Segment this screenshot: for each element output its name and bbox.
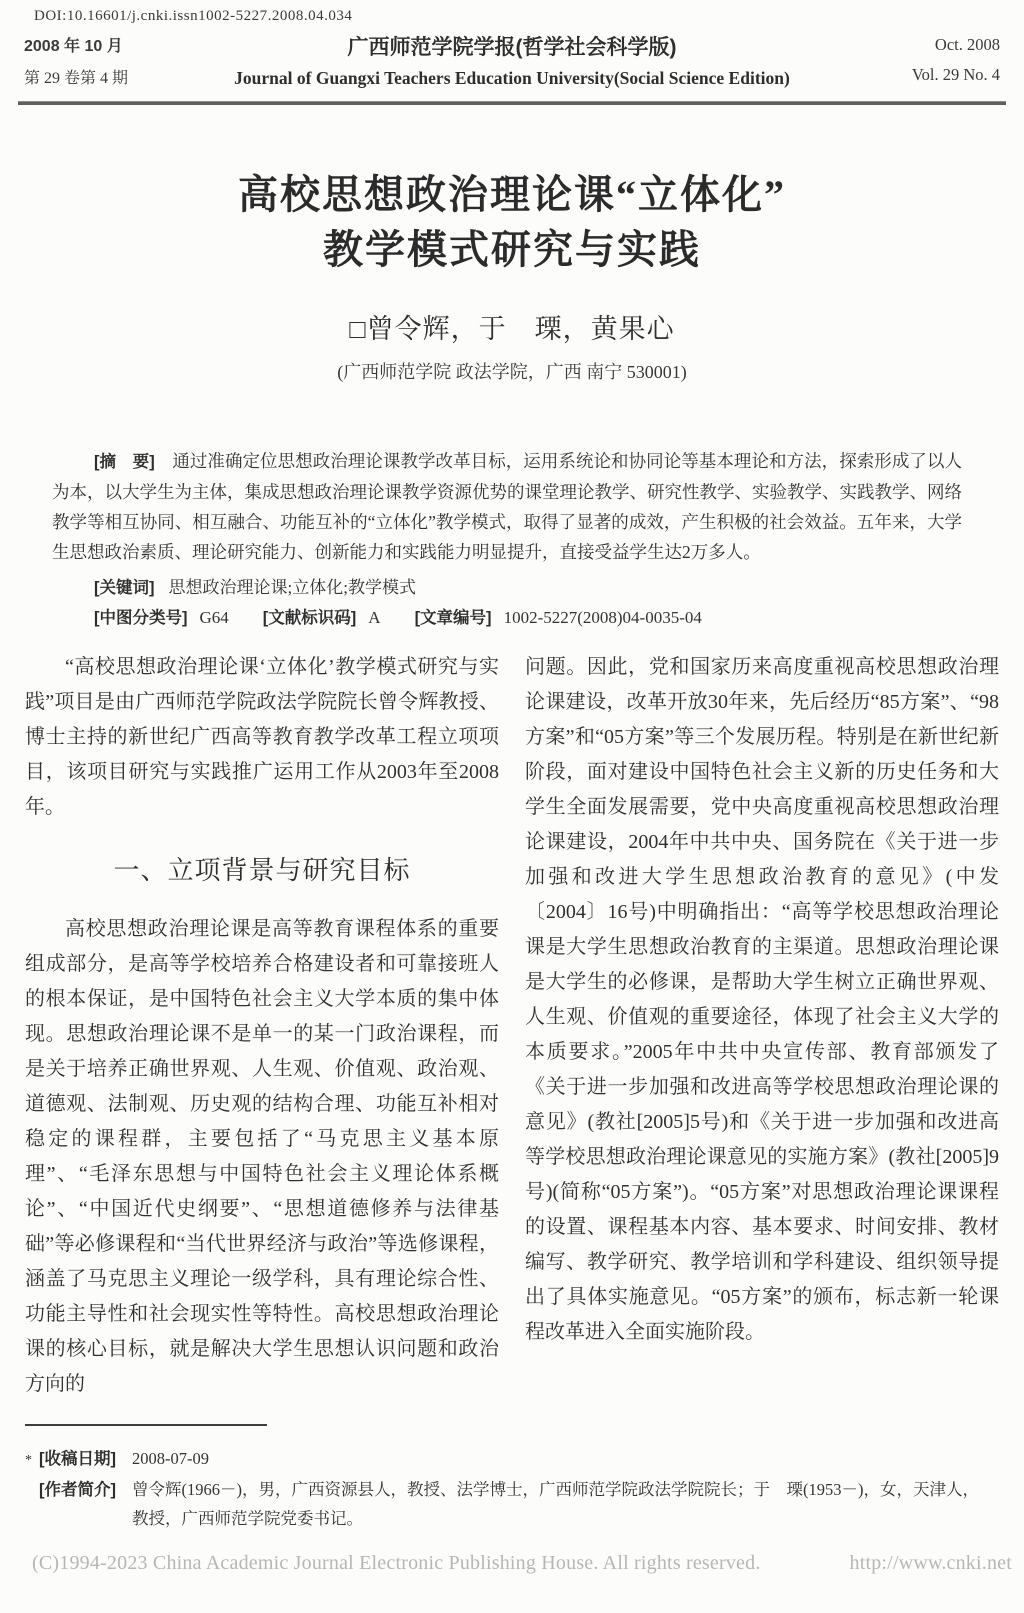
article-id-value: 1002-5227(2008)04-0035-04 — [504, 608, 702, 627]
received-date-value: 2008-07-09 — [132, 1444, 209, 1473]
volume-issue-en: Vol. 29 No. 4 — [790, 65, 1000, 85]
keywords-line: [关键词]思想政治理论课;立体化;教学模式 — [52, 573, 962, 598]
journal-title-en: Journal of Guangxi Teachers Education Un… — [234, 68, 790, 89]
copyright-text: (C)1994-2023 China Academic Journal Elec… — [32, 1552, 761, 1575]
issue-date-cn: 2008 年 10 月 — [24, 33, 234, 56]
author-names: □曾令辉，于 瑮，黄果心 — [0, 307, 1024, 346]
footnote-asterisk: * — [25, 1446, 39, 1475]
masthead-center: 广西师范学院学报(哲学社会科学版) Journal of Guangxi Tea… — [234, 31, 790, 89]
issue-date-en: Oct. 2008 — [790, 35, 1000, 55]
keywords-label: [关键词] — [94, 579, 155, 597]
doc-code-value: A — [368, 608, 380, 627]
abstract-text: 通过准确定位思想政治理论课教学改革目标，运用系统论和协同论等基本理论和方法，探索… — [52, 451, 962, 562]
copyright-bar: (C)1994-2023 China Academic Journal Elec… — [32, 1552, 1012, 1575]
section-1-paragraph-left: 高校思想政治理论课是高等教育课程体系的重要组成部分，是高等学校培养合格建设者和可… — [25, 912, 499, 1402]
masthead-divider — [18, 101, 1006, 105]
article-body: “高校思想政治理论课‘立体化’教学模式研究与实践”项目是由广西师范学院政法学院院… — [25, 650, 999, 1402]
abstract-label: [摘 要] — [94, 453, 155, 471]
journal-title-cn: 广西师范学院学报(哲学社会科学版) — [234, 31, 790, 61]
article-title-line2: 教学模式研究与实践 — [323, 227, 701, 272]
footnote-divider — [25, 1424, 267, 1426]
author-bio-value: 曾令辉(1966－)，男，广西资源县人，教授、法学博士，广西师范学院政法学院院长… — [132, 1475, 984, 1533]
keywords-text: 思想政治理论课;立体化;教学模式 — [169, 578, 416, 597]
doi-line: DOI:10.16601/j.cnki.issn1002-5227.2008.0… — [34, 8, 1024, 25]
abstract-paragraph: [摘 要] 通过准确定位思想政治理论课教学改革目标，运用系统论和协同论等基本理论… — [52, 446, 962, 567]
clc-value: G64 — [200, 608, 229, 627]
clc-label: [中图分类号] — [94, 609, 188, 627]
classification-line: [中图分类号]G64[文献标识码]A[文章编号]1002-5227(2008)0… — [52, 604, 962, 628]
article-title-line1: 高校思想政治理论课“立体化” — [238, 172, 786, 217]
footnote-block: * [收稿日期] 2008-07-09 [作者简介] 曾令辉(1966－)，男，… — [25, 1424, 984, 1533]
received-date-line: * [收稿日期] 2008-07-09 — [25, 1444, 984, 1475]
journal-masthead: 2008 年 10 月 第 29 卷第 4 期 广西师范学院学报(哲学社会科学版… — [24, 31, 1000, 89]
doc-code-label: [文献标识码] — [263, 609, 357, 627]
author-affiliation: (广西师范学院 政法学院，广西 南宁 530001) — [0, 358, 1024, 384]
masthead-left: 2008 年 10 月 第 29 卷第 4 期 — [24, 33, 234, 88]
abstract-block: [摘 要] 通过准确定位思想政治理论课教学改革目标，运用系统论和协同论等基本理论… — [52, 446, 962, 628]
author-bio-line: [作者简介] 曾令辉(1966－)，男，广西资源县人，教授、法学博士，广西师范学… — [39, 1475, 984, 1533]
masthead-right: Oct. 2008 Vol. 29 No. 4 — [790, 35, 1000, 85]
section-1-paragraph-right: 问题。因此，党和国家历来高度重视高校思想政治理论课建设，改革开放30年来，先后经… — [525, 650, 999, 1350]
section-1-heading: 一、立项背景与研究目标 — [25, 853, 499, 888]
body-column-left: “高校思想政治理论课‘立体化’教学模式研究与实践”项目是由广西师范学院政法学院院… — [25, 650, 499, 1402]
article-id-label: [文章编号] — [415, 609, 492, 627]
journal-article-page: DOI:10.16601/j.cnki.issn1002-5227.2008.0… — [0, 0, 1024, 1613]
received-date-label: [收稿日期] — [39, 1445, 116, 1474]
intro-paragraph: “高校思想政治理论课‘立体化’教学模式研究与实践”项目是由广西师范学院政法学院院… — [25, 650, 499, 825]
volume-issue-cn: 第 29 卷第 4 期 — [24, 65, 234, 88]
author-bio-label: [作者简介] — [39, 1476, 116, 1505]
article-title: 高校思想政治理论课“立体化”教学模式研究与实践 — [0, 167, 1024, 277]
cnki-url-link[interactable]: http://www.cnki.net — [850, 1552, 1012, 1575]
body-column-right: 问题。因此，党和国家历来高度重视高校思想政治理论课建设，改革开放30年来，先后经… — [525, 650, 999, 1402]
